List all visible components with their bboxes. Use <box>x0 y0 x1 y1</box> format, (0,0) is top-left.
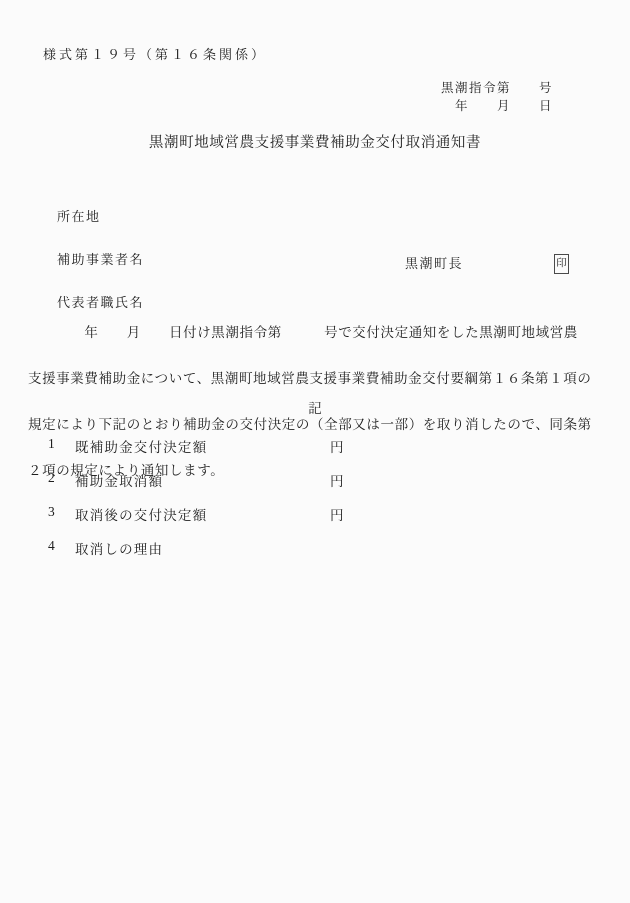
body-line: 支援事業費補助金について、黒潮町地域営農支援事業費補助金交付要綱第１６条第１項の <box>28 369 613 388</box>
seal-box: 印 <box>554 254 569 274</box>
item-number: 4 <box>48 538 55 554</box>
seal-label: 印 <box>556 259 567 270</box>
addressee-business-name-label: 補助事業者名 <box>57 251 144 268</box>
item-label: 補助金取消額 <box>75 470 163 490</box>
item-label: 取消しの理由 <box>75 538 163 558</box>
item-number: 3 <box>48 504 55 520</box>
form-number: 様式第１９号（第１６条関係） <box>43 48 267 61</box>
document-title: 黒潮町地域営農支援事業費補助金交付取消通知書 <box>0 136 630 151</box>
addressee-location-label: 所在地 <box>57 208 144 225</box>
item-row: 3 取消後の交付決定額 円 <box>0 504 630 520</box>
item-label: 取消後の交付決定額 <box>75 504 207 524</box>
item-unit-label: 円 <box>330 436 344 456</box>
item-number: 1 <box>48 436 55 452</box>
item-row: 1 既補助金交付決定額 円 <box>0 436 630 452</box>
item-number: 2 <box>48 470 55 486</box>
body-line: 規定により下記のとおり補助金の交付決定の（全部又は一部）を取り消したので、同条第 <box>28 415 613 434</box>
body-line: 年 月 日付け黒潮指令第 号で交付決定通知をした黒潮町地域営農 <box>28 323 613 342</box>
directive-number-line: 黒潮指令第 号 <box>441 82 553 95</box>
issuer-name: 黒潮町長 <box>405 257 463 270</box>
item-unit-label: 円 <box>330 504 344 524</box>
item-label: 既補助金交付決定額 <box>75 436 207 456</box>
item-row: 4 取消しの理由 <box>0 538 630 554</box>
item-row: 2 補助金取消額 円 <box>0 470 630 486</box>
date-line: 年 月 日 <box>455 100 553 113</box>
document-page: 様式第１９号（第１６条関係） 黒潮指令第 号 年 月 日 黒潮町地域営農支援事業… <box>0 0 630 903</box>
record-heading: 記 <box>0 402 630 416</box>
item-unit-label: 円 <box>330 470 344 490</box>
